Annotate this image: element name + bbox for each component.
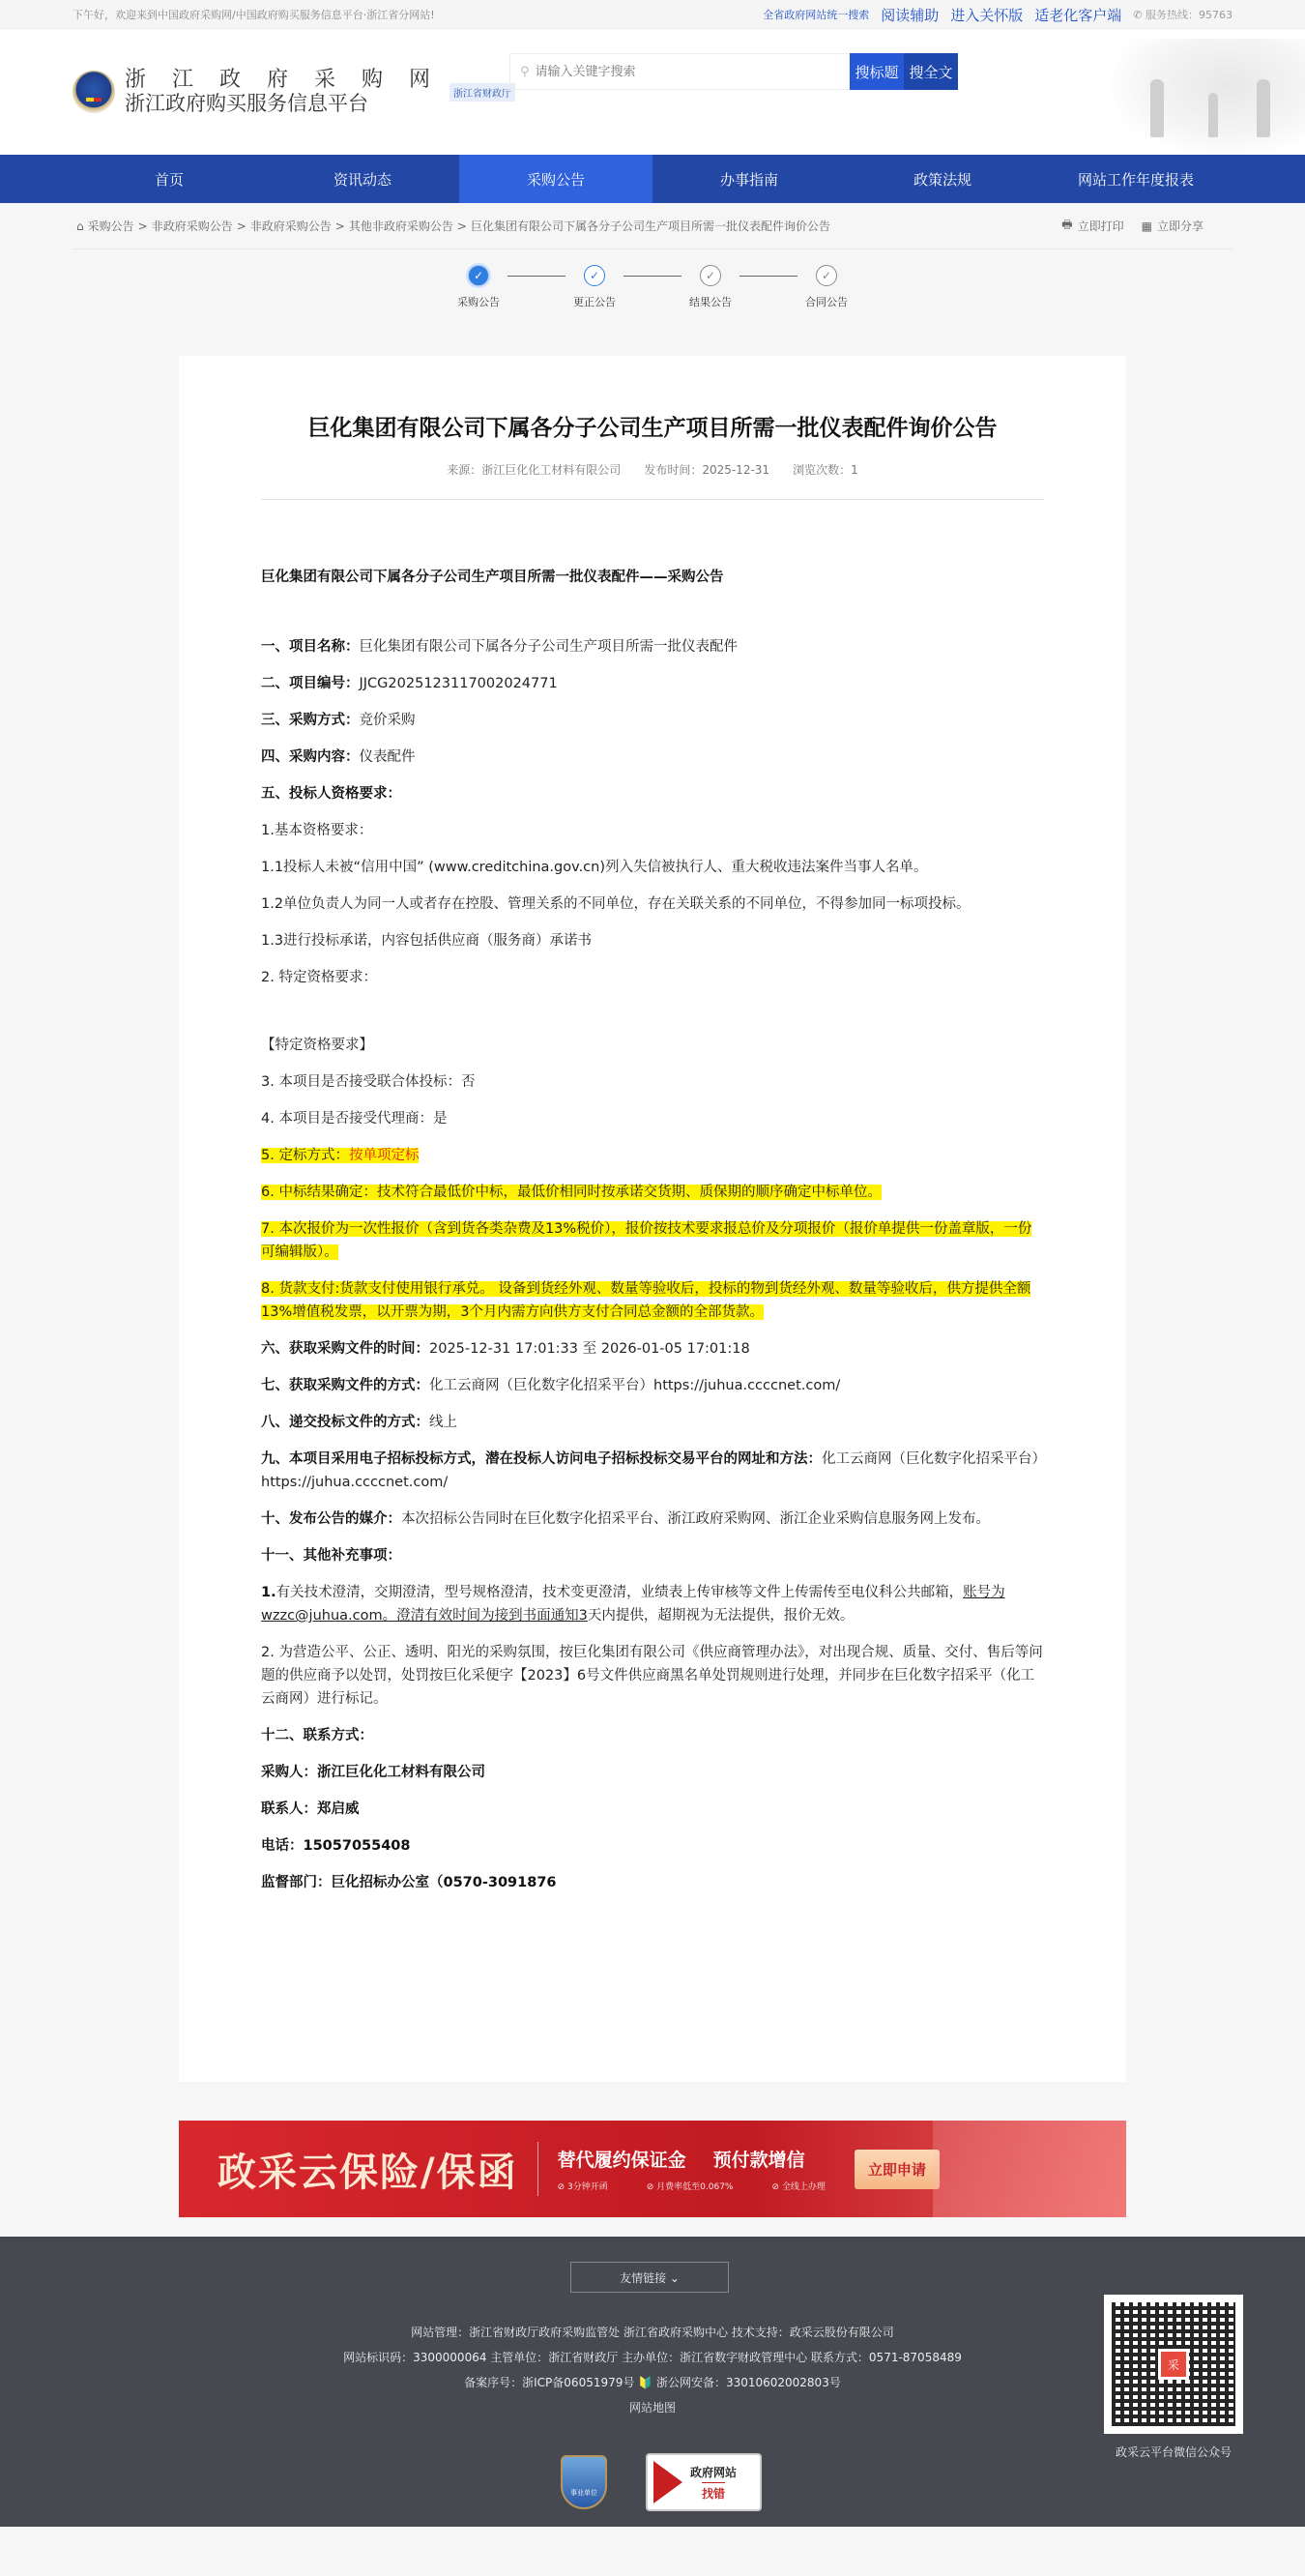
department-tag: 浙江省财政厅 [449, 83, 515, 102]
nav-guide[interactable]: 办事指南 [652, 155, 846, 203]
site-logo[interactable]: 浙 江 政 府 采 购 网 浙江政府购买服务信息平台 浙江省财政厅 [72, 69, 515, 115]
magnifier-icon [653, 2461, 682, 2503]
nav-home[interactable]: 首页 [72, 155, 266, 203]
search-title-button[interactable]: 搜标题 [850, 53, 904, 90]
search-box[interactable]: ⚲ [509, 53, 850, 90]
search-bar: ⚲ 搜标题 搜全文 [509, 53, 958, 90]
nav-news[interactable]: 资讯动态 [266, 155, 459, 203]
wechat-qr: 采 政采云平台微信公众号 [1104, 2295, 1243, 2460]
ad-illustration [933, 2121, 1126, 2217]
hotline: ✆ 服务热线：95763 [1133, 7, 1232, 22]
supplement-1: 1.有关技术澄清，交期澄清，型号规格澄清，技术变更澄清，业绩表上传审核等文件上传… [261, 1581, 1044, 1627]
breadcrumb-current: 巨化集团有限公司下属各分子公司生产项目所需一批仪表配件询价公告 [471, 218, 830, 234]
ad-headline: 政采云保险/保函 [217, 2142, 518, 2197]
public-institution-badge[interactable]: 事业单位 [561, 2455, 607, 2509]
qr-caption: 政采云平台微信公众号 [1104, 2444, 1243, 2460]
phone-icon: ✆ [1133, 9, 1145, 21]
print-button[interactable]: 🖶立即打印 [1061, 216, 1123, 236]
elderly-client-link[interactable]: 适老化客户端 [1034, 5, 1121, 25]
requirement-1-2: 1.2单位负责人为同一人或者存在控股、管理关系的不同单位，存在关联关系的不同单位… [261, 893, 1044, 916]
article-date: 发布时间：2025-12-31 [644, 461, 769, 478]
top-bar: 下午好，欢迎来到中国政府采购网/中国政府购买服务信息平台·浙江省分网站! 全省政… [0, 0, 1305, 29]
project-number: JJCG20251231170020​24771 [360, 676, 558, 691]
reading-assist-link[interactable]: 阅读辅助 [881, 5, 939, 25]
requirement-basic: 1.基本资格要求： [261, 819, 1044, 842]
step-procurement[interactable]: ✓采购公告 [449, 265, 507, 356]
breadcrumb-item[interactable]: 其他非政府采购公告 [349, 218, 453, 234]
qr-code-icon: 采 [1104, 2295, 1243, 2434]
project-name: 巨化集团有限公司下属各分子公司生产项目所需一批仪表配件 [360, 639, 739, 655]
header: 浙 江 政 府 采 购 网 浙江政府购买服务信息平台 浙江省财政厅 ⚲ 搜标题 … [0, 29, 1305, 155]
award-method: 5. 定标方式：按单项定标 [261, 1148, 419, 1163]
contact-phone: 电话：15057055408 [261, 1838, 410, 1854]
requirement-1-1: 1.1投标人未被“信用中国” (www.creditchina.gov.cn)列… [261, 856, 1044, 879]
check-icon: ✓ [700, 265, 721, 286]
step-result[interactable]: ✓结果公告 [681, 265, 739, 356]
breadcrumb-item[interactable]: 采购公告 [88, 218, 134, 234]
check-icon: ✓ [816, 265, 837, 286]
footer: 友情链接 ⌄ 网站管理：浙江省财政厅政府采购监管处 浙江省政府采购中心 技术支持… [0, 2237, 1305, 2527]
search-icon: ⚲ [520, 65, 530, 79]
publishing-media: 本次招标公告同时在巨化数字化招采平台、浙江政府采购网、浙江企业采购信息服务网上发… [401, 1511, 990, 1527]
nav-annual-report[interactable]: 网站工作年度报表 [1039, 155, 1232, 203]
share-button[interactable]: ▦立即分享 [1142, 216, 1203, 236]
ad-feature-2: 预付款增信 [713, 2146, 805, 2172]
notice-progress-steps: ✓采购公告 ✓更正公告 ✓结果公告 ✓合同公告 [0, 249, 1305, 356]
breadcrumb: ⌂ 采购公告> 非政府采购公告> 非政府采购公告> 其他非政府采购公告> 巨化集… [72, 218, 830, 234]
step-correction[interactable]: ✓更正公告 [565, 265, 623, 356]
breadcrumb-item[interactable]: 非政府采购公告 [250, 218, 332, 234]
nav-policy[interactable]: 政策法规 [846, 155, 1039, 203]
payment-terms: 8. 货款支付:货款支付使用银行承兑。 设备到货经外观、数量等验收后，投标的物到… [261, 1281, 1030, 1320]
quotation-terms: 7. 本次报价为一次性报价（含到货各类杂费及13%税价），报价按技术要求报总价及… [261, 1221, 1031, 1260]
supervisor: 监督部门：巨化招标办公室（0570-3091876 [261, 1875, 557, 1890]
qr-icon: ▦ [1142, 220, 1152, 233]
friend-links-dropdown[interactable]: 友情链接 ⌄ [570, 2262, 729, 2293]
procurement-method: 竞价采购 [360, 713, 416, 728]
document-period: 2025-12-31 17:01:33 至 2026-01-05 17:01:1… [429, 1341, 750, 1357]
consortium-bid: 3. 本项目是否接受联合体投标：否 [261, 1070, 1044, 1094]
article-source: 来源：浙江巨化化工材料有限公司 [447, 461, 621, 478]
welcome-text: 下午好，欢迎来到中国政府采购网/中国政府购买服务信息平台·浙江省分网站! [72, 7, 435, 22]
insurance-ad-banner[interactable]: 政采云保险/保函 替代履约保证金预付款增信 ⊘ 3分钟开函⊘ 月费率低至0.06… [179, 2121, 1126, 2217]
scenery-illustration [1112, 39, 1305, 155]
nav-procurement-notices[interactable]: 采购公告 [459, 155, 652, 203]
supplement-2: 2. 为营造公平、公正、透明、阳光的采购氛围，按巨化集团有限公司《供应商管理办法… [261, 1641, 1044, 1711]
ad-feature-1: 替代履约保证金 [558, 2146, 686, 2172]
article-meta: 来源：浙江巨化化工材料有限公司 发布时间：2025-12-31 浏览次数：1 [261, 461, 1044, 500]
check-icon: ✓ [468, 265, 489, 286]
award-determination: 6. 中标结果确定：技术符合最低价中标，最低价相同时按承诺交货期、质保期的顺序确… [261, 1185, 882, 1200]
requirement-1-3: 1.3进行投标承诺，内容包括供应商（服务商）承诺书 [261, 929, 1044, 952]
breadcrumb-bar: ⌂ 采购公告> 非政府采购公告> 非政府采购公告> 其他非政府采购公告> 巨化集… [72, 203, 1232, 249]
home-icon[interactable]: ⌂ [76, 220, 84, 233]
article-title: 巨化集团有限公司下属各分子公司生产项目所需一批仪表配件询价公告 [261, 410, 1044, 442]
search-fulltext-button[interactable]: 搜全文 [904, 53, 958, 90]
procurement-content: 仪表配件 [360, 749, 416, 765]
printer-icon: 🖶 [1061, 216, 1072, 236]
article-views: 浏览次数：1 [793, 461, 858, 478]
breadcrumb-item[interactable]: 非政府采购公告 [152, 218, 233, 234]
buyer: 采购人：浙江巨化化工材料有限公司 [261, 1765, 485, 1780]
site-subname: 浙江政府购买服务信息平台 [125, 92, 440, 115]
check-icon: ✓ [584, 265, 605, 286]
contact-person: 联系人：郑启威 [261, 1801, 360, 1817]
requirement-special: 2. 特定资格要求： [261, 966, 1044, 989]
search-input[interactable] [536, 65, 826, 79]
emblem-icon [72, 71, 115, 113]
agent-accepted: 4. 本项目是否接受代理商：是 [261, 1107, 1044, 1130]
main-nav: 首页 资讯动态 采购公告 办事指南 政策法规 网站工作年度报表 [0, 155, 1305, 203]
unified-search-link[interactable]: 全省政府网站统一搜索 [763, 7, 869, 22]
site-name: 浙 江 政 府 采 购 网 [125, 69, 440, 92]
submission-method: 线上 [429, 1415, 457, 1430]
apply-now-button[interactable]: 立即申请 [855, 2150, 940, 2189]
article-subtitle: 巨化集团有限公司下属各分子公司生产项目所需一批仪表配件——采购公告 [261, 570, 724, 585]
care-version-link[interactable]: 进入关怀版 [950, 5, 1023, 25]
article: 巨化集团有限公司下属各分子公司生产项目所需一批仪表配件询价公告 来源：浙江巨化化… [179, 356, 1126, 2082]
special-heading: 【特定资格要求】 [261, 1034, 1044, 1057]
step-contract[interactable]: ✓合同公告 [797, 265, 855, 356]
document-access: 化工云商网（巨化数字化招采平台）https://juhua.ccccnet.co… [429, 1378, 840, 1393]
gov-site-error-report-badge[interactable]: 政府网站找错 [646, 2453, 762, 2511]
article-body: 巨化集团有限公司下属各分子公司生产项目所需一批仪表配件——采购公告 一、项目名称… [261, 500, 1044, 1894]
